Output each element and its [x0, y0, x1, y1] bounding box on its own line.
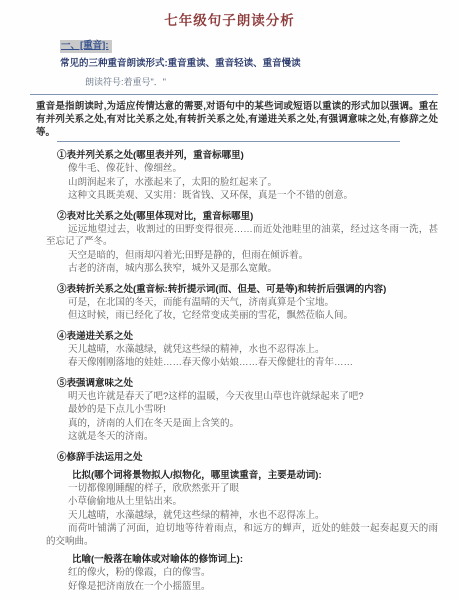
section: ⑥修辞手法运用之处比拟(哪个词将景物拟人/拟物化，哪里读重音，主要是动词):一切… — [0, 451, 438, 594]
section-heading: ②表对比关系之处(哪里体现对比，重音标哪里) — [57, 210, 438, 223]
divider-line-top — [30, 94, 438, 95]
divider-line-bottom — [57, 141, 400, 142]
sentence: 小草偷偷地从土里钻出来。 — [46, 496, 438, 509]
reading-forms-line: 常见的三种重音朗读形式:重音重读、重音轻读、重音慢读 — [60, 58, 459, 70]
document-page: 七年级句子朗读分析 一、[重音]: 常见的三种重音朗读形式:重音重读、重音轻读、… — [0, 0, 459, 600]
sentence: 天空是暗的，但雨却闪着光;田野是静的，但雨在倾诉着。 — [46, 250, 438, 263]
section-heading: ①表并列关系之处(哪里表并列，重音标哪里) — [57, 149, 438, 162]
page-title: 七年级句子朗读分析 — [0, 12, 459, 30]
subsection: 比喻(一般落在喻体或对喻体的修饰词上):红的像火，粉的像霞，白的像雪。好像是把济… — [0, 553, 438, 593]
sentence: 古老的济南，城内那么狭窄，城外又是那么宽敞。 — [46, 263, 438, 276]
stress-section-label-row: 一、[重音]: — [60, 35, 459, 53]
subsection-heading: 比喻(一般落在喻体或对喻体的修饰词上): — [72, 553, 438, 566]
section: ④表递进关系之处天儿越晴，水藻越绿，就凭这些绿的精神，水也不忍得冻上。春天像刚刚… — [0, 330, 438, 370]
sentence: 像牛毛、像花针、像细丝。 — [46, 163, 438, 176]
section-heading: ⑥修辞手法运用之处 — [57, 451, 438, 464]
sentence: 这就是冬天的济南。 — [46, 431, 438, 444]
sentence: 一切都像刚睡醒的样子，欣欣然张开了眼 — [46, 483, 438, 496]
sentence: 天儿越晴，水藻越绿，就凭这些绿的精神，水也不忍得冻上。 — [46, 510, 438, 523]
sentence: 而荷叶铺满了河面，迫切地等待着雨点，和远方的蝉声，近处的蛙鼓一起奏起夏天的雨的交… — [46, 523, 438, 548]
section-heading: ④表递进关系之处 — [57, 330, 438, 343]
sentence: 明天也许就是春天了吧?这样的温暖，今天夜里山草也许就绿起来了吧? — [46, 391, 438, 404]
sentence: 这种文具既美观、又实用：既省钱、又环保，真是一个不错的创意。 — [46, 190, 438, 203]
section: ③表转折关系之处(重音标:转折提示词(而、但是、可是等)和转折后强调的内容)可是… — [0, 283, 438, 323]
stress-section-label: 一、[重音]: — [60, 40, 112, 53]
intro-paragraph: 重音是指朗读时,为适应传情达意的需要,对语句中的某些词或短语以重读的形式加以强调… — [36, 100, 438, 139]
sentence: 天儿越晴，水藻越绿，就凭这些绿的精神，水也不忍得冻上。 — [46, 344, 438, 357]
subsection-heading: 比拟(哪个词将景物拟人/拟物化，哪里读重音，主要是动词): — [72, 469, 438, 482]
section: ①表并列关系之处(哪里表并列，重音标哪里)像牛毛、像花针、像细丝。山朗润起来了，… — [0, 149, 438, 203]
reading-symbol-line: 朗读符号:着重号"．" — [85, 76, 459, 88]
sentence: 最妙的是下点儿小雪呀! — [46, 404, 438, 417]
sentence: 可是，在北国的冬天，而能有温晴的天气，济南真算是个宝地。 — [46, 297, 438, 310]
subsection: 比拟(哪个词将景物拟人/拟物化，哪里读重音，主要是动词):一切都像刚睡醒的样子，… — [0, 469, 438, 549]
section-heading: ③表转折关系之处(重音标:转折提示词(而、但是、可是等)和转折后强调的内容) — [57, 283, 438, 296]
section: ②表对比关系之处(哪里体现对比，重音标哪里)远远地望过去，收割过的田野变得很亮…… — [0, 210, 438, 276]
sentence: 春天像刚刚落地的娃娃……春天像小姑娘……春天像健壮的青年…… — [46, 357, 438, 370]
sentence: 好像是把济南放在一个小摇篮里。 — [46, 581, 438, 594]
sentence: 远远地望过去，收割过的田野变得很亮……而近处池畦里的油菜，经过这冬雨一洗，甚至忘… — [46, 224, 438, 249]
section-heading: ⑤表强调意味之处 — [57, 377, 438, 390]
sections-container: ①表并列关系之处(哪里表并列，重音标哪里)像牛毛、像花针、像细丝。山朗润起来了，… — [0, 149, 438, 593]
sentence: 但这时候，雨已经化了妆，它经常变成美丽的雪花，飘然莅临人间。 — [46, 310, 438, 323]
sentence: 山朗润起来了，水涨起来了，太阳的脸红起来了。 — [46, 177, 438, 190]
sentence: 红的像火，粉的像霞，白的像雪。 — [46, 567, 438, 580]
sentence: 真的，济南的人们在冬天是面上含笑的。 — [46, 418, 438, 431]
section: ⑤表强调意味之处明天也许就是春天了吧?这样的温暖，今天夜里山草也许就绿起来了吧?… — [0, 377, 438, 444]
